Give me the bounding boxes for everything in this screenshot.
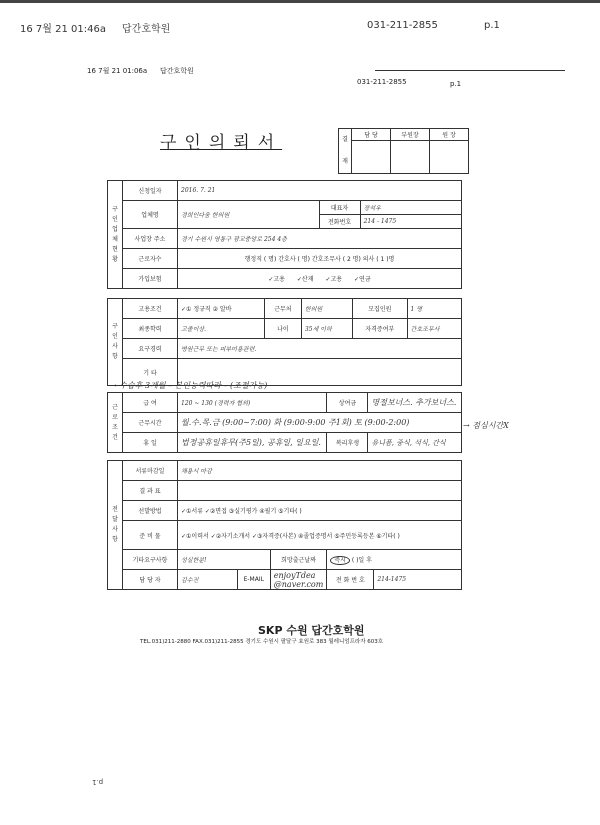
deadline-field[interactable]: 채용시 마감 [178, 461, 462, 481]
field-label: 사업장 주소 [123, 229, 178, 249]
sign-box[interactable] [352, 141, 391, 174]
address-field[interactable]: 경기 수원시 영통구 광교중앙로 254 4층 [178, 229, 462, 249]
page-mark: p.1 [92, 778, 103, 786]
field-label: 희망출근날짜 [270, 550, 327, 570]
extra-requirements-field[interactable]: 성실한분! [178, 550, 271, 570]
workplace-field[interactable]: 한의원 [301, 299, 352, 319]
fax-phone: 031-211-2855 [367, 20, 438, 31]
start-date-field[interactable]: 즉시 ( )일 후 [327, 550, 462, 570]
academy-name: SKP 수원 답간호학원 [258, 622, 365, 638]
field-label: 모집인원 [353, 299, 407, 319]
phone-field[interactable]: 214 - 1475 [360, 215, 461, 229]
employer-section: 구인업체현황 신청일자 2016. 7. 21 업체명 경희인다움 한의원 대표… [107, 180, 462, 289]
field-label: 근무시간 [123, 413, 178, 433]
inner-fax-timestamp: 16 7월 21 01:06a [87, 66, 147, 76]
work-hours-field[interactable]: 월.수.목.금 (9:00~7:00) 화 (9:00-9:00 주1회) 토 … [178, 413, 462, 433]
welfare-field[interactable]: 유니폼, 중식, 석식, 간식 [368, 433, 462, 453]
field-label: 자격증여부 [353, 319, 407, 339]
result-field[interactable] [178, 481, 462, 501]
contact-field[interactable]: 김수진 [178, 570, 238, 590]
employment-type-field[interactable]: ✓① 정규직 ② 알바 [178, 299, 265, 319]
field-label: 고용조건 [123, 299, 178, 319]
field-label: 최종학력 [123, 319, 178, 339]
field-label: 준 비 물 [123, 521, 178, 550]
holiday-field[interactable]: 법정공휴일휴무(주5일), 공휴일, 일요일. [178, 433, 327, 453]
divider [375, 70, 565, 71]
field-label: 가입보험 [123, 269, 178, 289]
start-now-circled: 즉시 [330, 556, 350, 565]
license-field[interactable]: 간호조무사 [407, 319, 461, 339]
fax-page: p.1 [484, 20, 500, 31]
field-label: 요구경력 [123, 339, 178, 359]
hours-note: → 점심시간X [463, 420, 509, 431]
selection-method-field[interactable]: ✓①서류 ✓②면접 ③실기평가 ④필기 ⑤기타( ) [178, 501, 462, 521]
applicant-section: 구인사항 고용조건 ✓① 정규직 ② 알바 근무처 한의원 모집인원 1 명 최… [107, 298, 462, 386]
field-label: 서류마감일 [123, 461, 178, 481]
fax-top-border [0, 0, 600, 3]
approval-col: 원 장 [430, 129, 469, 141]
form-title: 구인의뢰서 [160, 128, 282, 153]
checkbox[interactable]: ✓고용 [268, 276, 285, 283]
career-field[interactable]: 병원근무 또는 피부미용관련. [178, 339, 462, 359]
field-label: 나이 [264, 319, 301, 339]
conditions-section: 근로조건 급 여 120 ~ 130 (경력자 협의) 상여금 명절보너스. 추… [107, 392, 462, 453]
email-field[interactable]: enjoyTdea @naver.com [270, 570, 327, 590]
field-label: 전화번호 [319, 215, 360, 229]
inner-fax-page: p.1 [450, 80, 461, 88]
field-label: 상여금 [327, 393, 368, 413]
field-label: 결 과 표 [123, 481, 178, 501]
start-extra: ( )일 후 [352, 557, 372, 564]
field-label: 담 당 자 [123, 570, 178, 590]
bonus-field[interactable]: 명절보너스. 추가보너스. [368, 393, 462, 413]
inner-fax-phone: 031-211-2855 [357, 78, 407, 86]
academy-contact-info: TEL.031)211-2880 FAX.031)211-2855 경기도 수원… [140, 637, 383, 645]
field-label: 급 여 [123, 393, 178, 413]
field-label: 휴 일 [123, 433, 178, 453]
checkbox[interactable]: ✓산재 [297, 276, 314, 283]
section-label: 구인업체현황 [108, 181, 123, 289]
field-label: 근무처 [264, 299, 301, 319]
field-label: 복리후생 [327, 433, 368, 453]
inner-fax-sender: 답간호학원 [160, 66, 194, 76]
approval-side-label: 결재 [339, 129, 352, 174]
field-label: E-MAIL [237, 570, 270, 590]
field-label: 신청일자 [123, 181, 178, 201]
required-docs-field[interactable]: ✓①이력서 ✓②자기소개서 ✓③자격증(사본) ④졸업증명서 ⑤주민등록등본 ⑥… [178, 521, 462, 550]
section-label: 구인사항 [108, 299, 123, 386]
contact-phone-field[interactable]: 214-1475 [374, 570, 462, 590]
fax-sender: 답간호학원 [122, 20, 170, 35]
probation-note: → 수습후 3개월 – 본인능력따라 – (조절가능) [110, 380, 267, 391]
sign-box[interactable] [430, 141, 469, 174]
fax-timestamp: 16 7월 21 01:46a [20, 20, 106, 35]
date-field[interactable]: 2016. 7. 21 [178, 181, 462, 201]
checkbox[interactable]: ✓연금 [354, 276, 371, 283]
field-label: 근로자수 [123, 249, 178, 269]
field-label: 업체명 [123, 201, 178, 229]
section-label: 전달사항 [108, 461, 123, 590]
field-label: 선발방법 [123, 501, 178, 521]
approval-col: 부원장 [391, 129, 430, 141]
company-name-field[interactable]: 경희인다움 한의원 [178, 201, 320, 229]
sign-box[interactable] [391, 141, 430, 174]
field-label: 전 화 번 호 [327, 570, 374, 590]
approval-box: 결재 담 당 부원장 원 장 [338, 128, 469, 174]
headcount-field[interactable]: 1 명 [407, 299, 461, 319]
education-field[interactable]: 고졸이상. [178, 319, 265, 339]
age-field[interactable]: 35세 이하 [301, 319, 352, 339]
insurance-checkboxes[interactable]: ✓고용 ✓산재 ✓고용 ✓연금 [178, 269, 462, 289]
field-label: 기타요구사항 [123, 550, 178, 570]
representative-field[interactable]: 장석우 [360, 201, 461, 215]
approval-col: 담 당 [352, 129, 391, 141]
section-label: 근로조건 [108, 393, 123, 453]
staff-count-field[interactable]: 행정직 ( 명) 간호사 ( 명) 간호조무사 ( 2 명) 의사 ( 1 )명 [178, 249, 462, 269]
field-label: 대표자 [319, 201, 360, 215]
salary-field[interactable]: 120 ~ 130 (경력자 협의) [178, 393, 327, 413]
notes-section: 전달사항 서류마감일 채용시 마감 결 과 표 선발방법 ✓①서류 ✓②면접 ③… [107, 460, 462, 590]
checkbox[interactable]: ✓고용 [325, 276, 342, 283]
